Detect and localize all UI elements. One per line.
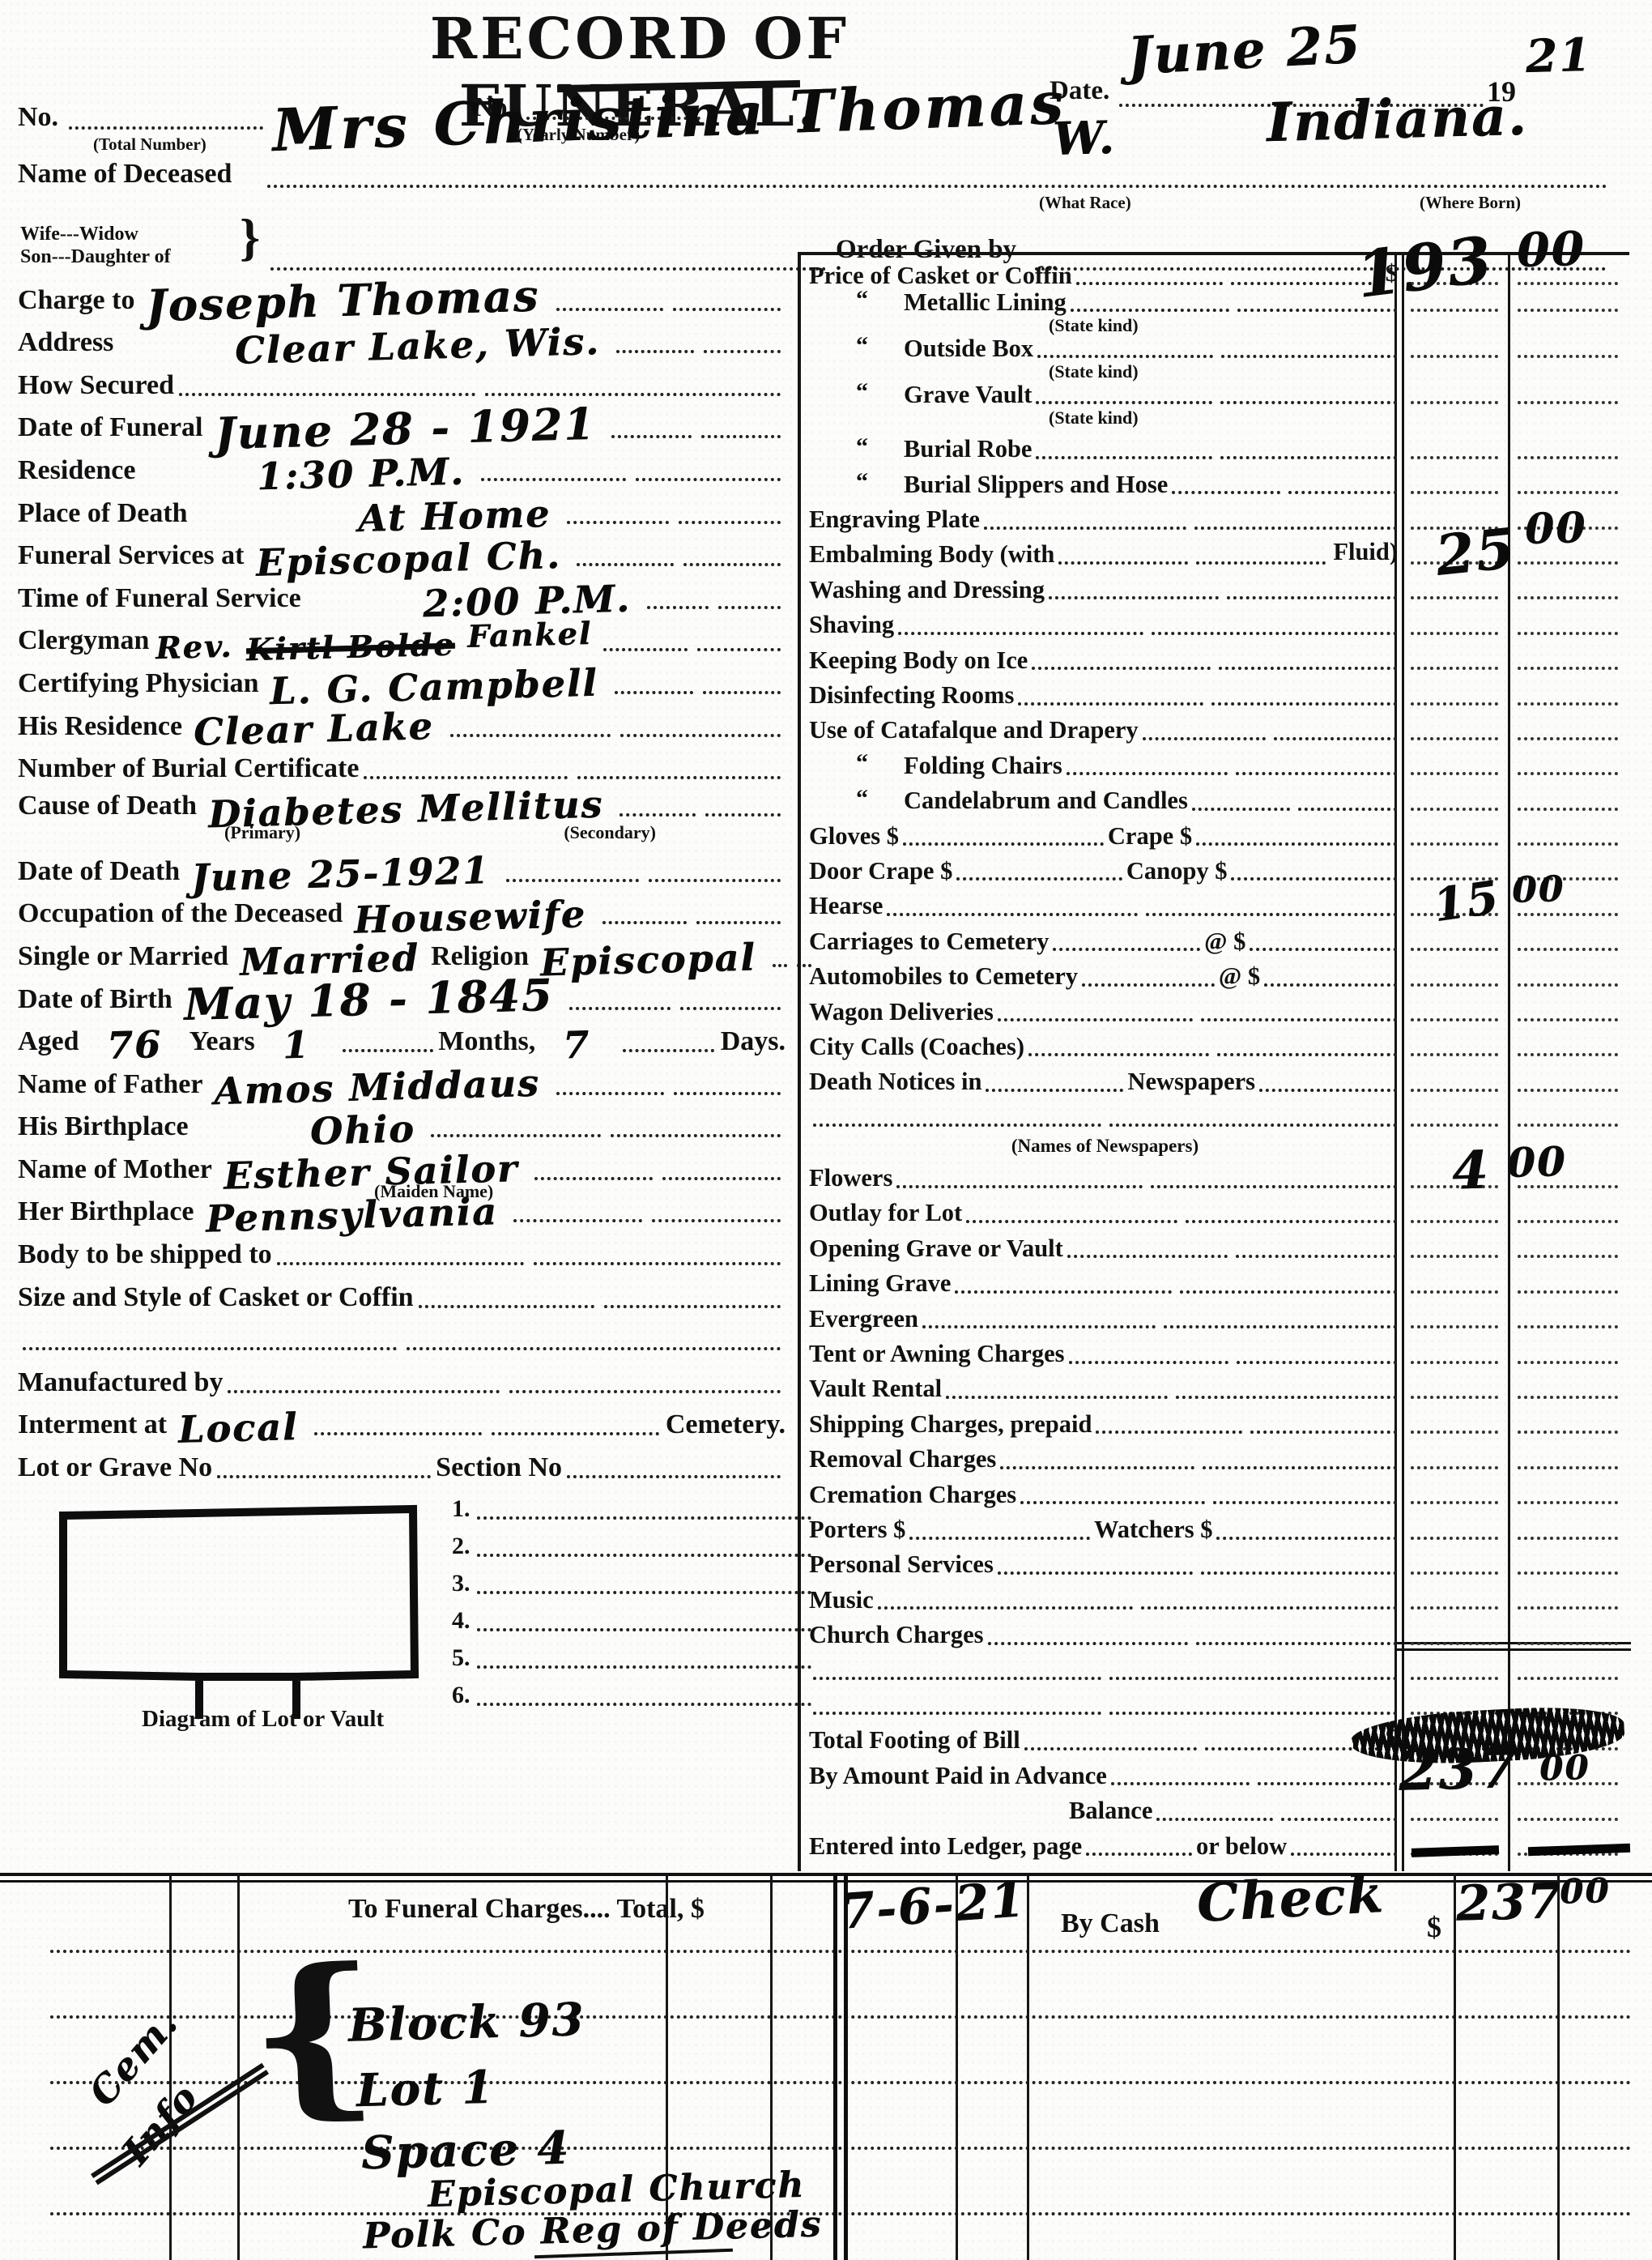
amount-dollars-cell <box>1401 667 1508 675</box>
amount-dollars-cell <box>1401 1818 1508 1826</box>
charge-label: Candelabrum and Candles <box>904 788 1188 816</box>
field-label: Place of Death <box>18 500 188 530</box>
charge-row: Porters $ Watchers $ <box>798 1509 1652 1544</box>
dotted-leader <box>887 913 1138 916</box>
dotted-leader <box>1411 309 1498 312</box>
dotted-leader <box>878 1606 1134 1610</box>
dotted-leader <box>1069 1361 1229 1364</box>
form-row: Lot or Grave No Section No <box>18 1441 786 1484</box>
field-label: Name of Father <box>18 1071 202 1101</box>
dotted-leader <box>477 1591 812 1594</box>
dotted-leader <box>567 1475 781 1478</box>
charge-label-zone: City Calls (Coaches) <box>798 1034 1401 1062</box>
dotted-leader <box>683 563 781 566</box>
charge-label-zone: Entered into Ledger, page or below <box>798 1834 1401 1861</box>
charge-label: Carriages to Cemetery <box>809 929 1049 957</box>
charge-label: Hearse <box>809 893 883 921</box>
charge-label-zone <box>798 1677 1401 1685</box>
amount-cents-cell <box>1508 1747 1628 1755</box>
dotted-leader <box>1518 1431 1618 1434</box>
form-row: Name of Mother Esther Sailor (Maiden Nam… <box>18 1143 786 1186</box>
handwritten-value: Housewife <box>354 898 587 937</box>
dotted-leader <box>705 813 781 817</box>
dotted-leader <box>1164 1325 1397 1328</box>
dotted-leader <box>1518 632 1618 635</box>
dotted-leader <box>485 393 781 396</box>
grave-number: 1. <box>452 1495 470 1524</box>
amount-dollars-cell <box>1401 355 1508 363</box>
handwritten-value: Clear Lake, Wis. <box>235 325 601 368</box>
form-row: Date of Death June 25-1921 <box>18 845 786 888</box>
charge-row: Gloves $ Crape $ <box>798 816 1652 851</box>
handwritten-value: 2:00 P.M. <box>422 582 631 621</box>
amount-dollars-cell <box>1401 1466 1508 1474</box>
form-row: Clergyman Rev. Kirtl Bolde Fankel <box>18 615 786 658</box>
amount-dollars-cell <box>1401 1677 1508 1685</box>
dotted-leader <box>1411 1396 1498 1399</box>
dotted-leader <box>1037 355 1213 358</box>
charge-label: Wagon Deliveries <box>809 1000 994 1027</box>
dotted-leader <box>477 1665 812 1669</box>
amount-cents-cell <box>1508 1537 1628 1545</box>
grave-number: 6. <box>452 1682 470 1711</box>
charge-label: Lining Grave <box>809 1271 951 1298</box>
grave-number-row: 3. <box>452 1562 818 1599</box>
charge-label: Porters $ <box>809 1517 905 1545</box>
field-label: His Birthplace <box>18 1113 189 1143</box>
handwritten-dollars: 25 <box>1433 524 1518 582</box>
dotted-leader <box>506 879 638 882</box>
form-row: Cause of Death Diabetes Mellitus (Primar… <box>18 785 786 845</box>
dotted-leader <box>1518 596 1618 599</box>
charge-label: Shaving <box>809 612 894 640</box>
dotted-leader <box>1411 702 1498 706</box>
charge-row: Washing and Dressing <box>798 569 1652 604</box>
dotted-leader <box>1152 632 1397 635</box>
dotted-leader <box>1264 983 1397 987</box>
column-rule <box>1557 1873 1560 2260</box>
dotted-leader <box>1024 1747 1198 1750</box>
grave-number-row: 5. <box>452 1636 818 1674</box>
handwritten-cents: 00 <box>1506 1143 1567 1181</box>
handwritten-value-3: 7 <box>563 1028 591 1062</box>
dotted-leader <box>1143 737 1266 740</box>
dotted-leader <box>1411 355 1498 358</box>
handwritten-date: June 25 <box>1126 21 1363 80</box>
dotted-leader <box>620 734 781 737</box>
field-label: Body to be shipped to <box>18 1241 272 1271</box>
field-label-3: Section No <box>436 1454 562 1484</box>
dotted-leader <box>1028 1053 1209 1056</box>
charge-label: Metallic Lining <box>904 290 1067 318</box>
charge-label: Removal Charges <box>809 1447 996 1474</box>
dotted-leader <box>556 308 664 311</box>
field-label: Interment at <box>18 1411 167 1441</box>
dotted-leader <box>1518 842 1618 846</box>
dotted-leader <box>407 1347 781 1350</box>
dotted-leader <box>604 1305 781 1308</box>
charge-label: Embalming Body (with <box>809 542 1054 569</box>
dotted-leader <box>1216 1537 1397 1540</box>
dotted-leader <box>1176 1396 1397 1399</box>
dotted-leader <box>1203 1466 1397 1469</box>
charge-label: Disinfecting Rooms <box>809 683 1014 710</box>
charge-label-zone: Opening Grave or Vault <box>798 1236 1401 1264</box>
dotted-leader <box>1049 596 1219 599</box>
dotted-leader <box>69 100 263 130</box>
dotted-leader <box>986 1089 1123 1092</box>
charge-label-2: Watchers $ <box>1094 1517 1213 1545</box>
charge-label-zone: Shipping Charges, prepaid <box>798 1412 1401 1439</box>
field-label: Occupation of the Deceased <box>18 900 343 930</box>
dotted-leader <box>1518 282 1618 285</box>
dotted-leader <box>1411 983 1498 987</box>
amount-cents-cell <box>1508 401 1628 409</box>
charge-row: Evergreen <box>798 1298 1652 1333</box>
charge-label-2: or below <box>1196 1834 1287 1861</box>
charge-label-zone: Washing and Dressing <box>798 578 1401 605</box>
dotted-leader <box>1518 1220 1618 1223</box>
form-row: Charge to Joseph Thomas <box>18 274 786 317</box>
handwritten-struck-value: Kirtl Bolde <box>245 631 454 664</box>
charge-label: Church Charges <box>809 1623 984 1650</box>
dotted-leader <box>636 478 781 481</box>
charge-label: Gloves $ <box>809 824 899 851</box>
dotted-leader <box>1205 1747 1378 1750</box>
handwritten-space: Space 4 <box>360 2128 570 2174</box>
charge-row: “ Candelabrum and Candles <box>798 780 1652 815</box>
charge-label: Use of Catafalque and Drapery <box>809 718 1139 745</box>
charge-label-zone: Total Footing of Bill $ <box>798 1725 1401 1755</box>
dotted-leader <box>1172 491 1280 494</box>
charge-label: Vault Rental <box>809 1376 942 1404</box>
amount-cents-cell <box>1508 1018 1628 1026</box>
amount-cents-cell <box>1508 772 1628 780</box>
amount-cents-cell <box>1508 309 1628 317</box>
dotted-leader <box>1217 1053 1398 1056</box>
field-label: Cause of Death <box>18 792 197 822</box>
charge-label-2: Canopy $ <box>1126 859 1228 886</box>
record-of-funeral-page: RECORD OF FUNERAL. No. (Total Number) No… <box>0 0 1652 2260</box>
dotted-leader <box>1518 491 1618 494</box>
amount-cents-cell <box>1508 1255 1628 1263</box>
dotted-leader <box>1518 561 1618 565</box>
charge-label-zone <box>798 1712 1401 1720</box>
charge-row: “ Burial Robe <box>798 429 1652 463</box>
dotted-leader <box>228 1390 499 1393</box>
handwritten-cents: 00 <box>1516 228 1586 271</box>
amount-cents-cell <box>1508 596 1628 604</box>
amount-cents-cell <box>1508 1431 1628 1439</box>
charge-label-zone: “ Burial Robe <box>798 433 1401 464</box>
dotted-leader <box>1411 808 1498 811</box>
amount-dollars-cell <box>1401 1290 1508 1298</box>
charge-label-zone: Removal Charges <box>798 1447 1401 1474</box>
field-label: Size and Style of Casket or Coffin <box>18 1284 414 1314</box>
charge-row: Vault Rental <box>798 1369 1652 1404</box>
charge-label-zone: Church Charges <box>798 1623 1401 1650</box>
dotted-leader <box>419 1305 595 1308</box>
handwritten-value: Diabetes Mellitus <box>208 787 604 831</box>
dotted-leader <box>1288 491 1397 494</box>
dotted-leader <box>1411 1818 1498 1821</box>
dotted-leader <box>998 1571 1194 1575</box>
dotted-leader <box>697 648 781 651</box>
dotted-leader <box>277 1262 524 1265</box>
charge-label-zone: “ Candelabrum and Candles <box>798 785 1401 816</box>
bottom-ledger-table: To Funeral Charges.... Total, $ By Cash … <box>0 1873 1652 2260</box>
dotted-leader <box>1411 737 1498 740</box>
charge-label-zone: Gloves $ Crape $ <box>798 824 1401 851</box>
handwritten-value: June 25-1921 <box>191 855 491 896</box>
charge-label: Burial Robe <box>904 437 1032 464</box>
charge-row: Shaving <box>798 604 1652 639</box>
charge-label: Outlay for Lot <box>809 1200 962 1228</box>
amount-cents-cell <box>1508 1606 1628 1614</box>
amount-cents-cell <box>1508 282 1628 290</box>
dotted-leader <box>1411 1537 1498 1540</box>
handwritten-dollars: 193 <box>1353 232 1496 305</box>
dotted-leader <box>1298 808 1397 811</box>
handwritten-value: Local <box>178 1410 299 1447</box>
dotted-leader <box>1411 1124 1498 1127</box>
charge-label-zone: Keeping Body on Ice <box>798 648 1401 676</box>
dotted-leader <box>1196 842 1397 846</box>
dotted-leader <box>1411 401 1498 404</box>
charge-row: Church Charges <box>798 1614 1652 1649</box>
form-row: His Birthplace Ohio <box>18 1101 786 1144</box>
amount-cents-cell <box>1508 1325 1628 1333</box>
amount-dollars-cell <box>1401 1255 1508 1263</box>
charge-row: Cremation Charges <box>798 1474 1652 1509</box>
charge-label: Washing and Dressing <box>809 578 1045 605</box>
state-kind-sublabel: (State kind) <box>1049 407 1139 429</box>
column-rule <box>237 1873 240 2260</box>
amount-dollars-cell <box>1401 842 1508 851</box>
dotted-leader <box>1518 1018 1618 1021</box>
field-label: Clergyman <box>18 627 149 657</box>
charge-label: (Names of Newspapers) <box>1011 1136 1199 1158</box>
dotted-leader <box>984 527 1186 530</box>
dotted-leader <box>619 813 695 817</box>
charge-label: Outside Box <box>904 336 1033 364</box>
dotted-leader <box>1231 877 1397 881</box>
charge-label: Door Crape $ <box>809 859 952 886</box>
dotted-leader <box>1201 1571 1397 1575</box>
charge-row: “ Grave Vault (State kind) <box>798 382 1652 429</box>
grave-number-row: 2. <box>452 1524 818 1562</box>
amount-cents-cell <box>1508 632 1628 640</box>
dotted-leader <box>696 921 781 924</box>
name-of-deceased-label: Name of Deceased <box>18 159 232 190</box>
charge-label-zone: Evergreen <box>798 1307 1401 1334</box>
field-label: Certifying Physician <box>18 670 258 700</box>
dotted-leader <box>556 1092 663 1095</box>
amount-dollars-cell <box>1401 1018 1508 1026</box>
dotted-leader <box>1518 355 1618 358</box>
dotted-leader <box>1518 1747 1618 1750</box>
amount-dollars-cell <box>1401 1571 1508 1580</box>
charges-column: Price of Casket or Coffin $ 193 00 “ Me <box>798 255 1652 1871</box>
dotted-leader <box>922 1325 1156 1328</box>
dotted-leader <box>477 1628 812 1631</box>
charge-label-zone: Wagon Deliveries <box>798 1000 1401 1027</box>
dotted-leader <box>662 1177 781 1180</box>
field-label: Time of Funeral Service <box>18 585 301 615</box>
dotted-leader <box>477 1516 812 1520</box>
dotted-leader <box>343 1049 433 1052</box>
dotted-leader <box>1411 596 1498 599</box>
handwritten-value: 76 <box>106 1028 162 1063</box>
dotted-leader <box>477 1703 812 1706</box>
dotted-leader <box>513 1219 642 1222</box>
amount-dollars-cell <box>1401 702 1508 710</box>
ditto-mark: “ <box>856 286 868 313</box>
row-separator <box>50 2147 1632 2150</box>
dotted-leader <box>652 1219 781 1222</box>
amount-dollars-cell <box>1401 1220 1508 1228</box>
handwritten-year: 21 <box>1525 35 1592 78</box>
charge-label-zone: “ Outside Box (State kind) <box>798 332 1401 363</box>
amount-cents-cell <box>1508 456 1628 464</box>
charge-row: Flowers 4 00 <box>798 1158 1652 1192</box>
dotted-leader <box>1518 667 1618 670</box>
dotted-leader <box>1151 1185 1397 1188</box>
charge-row <box>798 1650 1652 1685</box>
dotted-leader <box>1411 1606 1498 1610</box>
dotted-leader <box>946 1396 1167 1399</box>
charge-label-tail: $ <box>1386 1725 1398 1753</box>
charge-label: Engraving Plate <box>809 507 980 535</box>
dotted-leader <box>1281 1818 1397 1821</box>
field-label: Lot or Grave No <box>18 1454 212 1484</box>
amount-dollars-cell <box>1401 1537 1508 1545</box>
dotted-leader <box>1518 456 1618 459</box>
dotted-leader <box>1000 1466 1194 1469</box>
dotted-leader <box>1237 1361 1397 1364</box>
dotted-leader <box>1236 772 1397 775</box>
dotted-leader <box>1518 1466 1618 1469</box>
charge-label: Cremation Charges <box>809 1482 1016 1510</box>
dotted-leader <box>567 521 669 524</box>
charge-label: Total Footing of Bill <box>809 1728 1020 1755</box>
dotted-leader <box>1518 808 1618 811</box>
dotted-leader <box>534 1177 653 1180</box>
dotted-leader <box>966 1220 1177 1223</box>
amount-dollars-cell <box>1401 1642 1508 1650</box>
handwritten-cash-cents: 00 <box>1560 1875 1611 1907</box>
charge-label-zone: “ Folding Chairs <box>798 749 1401 780</box>
dotted-leader <box>1227 596 1397 599</box>
column-rule <box>169 1873 172 2260</box>
amount-cents-cell <box>1508 1089 1628 1097</box>
field-label: Single or Married <box>18 943 228 973</box>
dotted-leader <box>1258 1782 1397 1785</box>
dotted-leader <box>1518 1606 1618 1610</box>
amount-cents-cell <box>1508 702 1628 710</box>
charge-label-zone: Automobiles to Cemetery @ $ <box>798 964 1401 991</box>
handwritten-value: Episcopal Ch. <box>255 539 561 580</box>
dotted-leader <box>1518 1853 1618 1856</box>
dotted-leader <box>1109 1712 1398 1715</box>
field-label: Residence <box>18 457 135 487</box>
dotted-leader <box>1411 1053 1498 1056</box>
dotted-leader <box>998 1018 1194 1021</box>
charge-row: Opening Grave or Vault <box>798 1228 1652 1263</box>
dotted-leader <box>1220 401 1397 404</box>
dotted-leader <box>1411 1361 1498 1364</box>
dotted-leader <box>1518 1290 1618 1294</box>
charge-label: Automobiles to Cemetery <box>809 964 1078 991</box>
amount-dollars-cell <box>1401 1396 1508 1404</box>
field-label: Date of Death <box>18 858 180 888</box>
dotted-leader <box>1250 948 1397 951</box>
handwritten-entry-date: 7-6-21 <box>839 1878 1027 1934</box>
handwritten-church: Episcopal Church <box>428 2169 806 2211</box>
ditto-mark: “ <box>856 433 868 461</box>
field-label: Manufactured by <box>18 1369 223 1399</box>
charge-label-zone <box>798 1124 1401 1132</box>
dotted-leader <box>813 1677 1101 1680</box>
dotted-leader <box>1018 702 1203 706</box>
dotted-leader <box>1411 1325 1498 1328</box>
form-row: Manufactured by <box>18 1356 786 1399</box>
dotted-leader <box>23 1347 397 1350</box>
dotted-leader <box>179 393 475 396</box>
amount-dollars-cell <box>1401 948 1508 956</box>
amount-cents-cell <box>1508 1361 1628 1369</box>
dotted-leader <box>481 478 626 481</box>
amount-cents-cell <box>1508 1396 1628 1404</box>
charge-label: Tent or Awning Charges <box>809 1341 1065 1369</box>
dotted-leader <box>1220 456 1397 459</box>
amount-cents-cell <box>1508 808 1628 816</box>
dotted-leader <box>1518 1361 1618 1364</box>
dotted-leader <box>1411 1853 1498 1856</box>
amount-dollars-cell <box>1401 808 1508 816</box>
dotted-leader <box>616 350 693 353</box>
wife-widow-label: Wife---Widow <box>20 224 138 245</box>
left-column: Charge to Joseph Thomas Address Clear La… <box>18 274 786 1484</box>
charge-label-zone: Engraving Plate <box>798 507 1401 535</box>
dotted-leader <box>1236 1255 1397 1258</box>
dotted-leader <box>701 435 781 438</box>
dotted-leader <box>703 691 781 694</box>
ditto-mark: “ <box>856 378 868 406</box>
charge-label: Shipping Charges, prepaid <box>809 1412 1092 1439</box>
handwritten-value: Joseph Thomas <box>146 276 540 326</box>
dotted-leader <box>1192 808 1291 811</box>
amount-cents-cell <box>1508 1501 1628 1509</box>
heavy-center-rule-1 <box>833 1873 837 2260</box>
dotted-leader <box>1411 1220 1498 1223</box>
dotted-leader <box>680 1007 781 1010</box>
form-row: Size and Style of Casket or Coffin <box>18 1271 786 1314</box>
dotted-leader <box>1518 401 1618 404</box>
dotted-leader <box>1259 1089 1397 1092</box>
dotted-leader <box>1411 1018 1498 1021</box>
dotted-leader <box>1231 282 1378 285</box>
dotted-leader <box>1518 1325 1618 1328</box>
dotted-leader <box>1109 1124 1398 1127</box>
diagram-caption: Diagram of Lot or Vault <box>142 1706 384 1733</box>
amount-dollars-cell <box>1401 1501 1508 1509</box>
form-row <box>18 1314 786 1357</box>
amount-cents-cell <box>1508 948 1628 956</box>
dotted-leader <box>602 921 687 924</box>
dotted-leader <box>679 521 781 524</box>
field-label: Address <box>18 329 113 359</box>
